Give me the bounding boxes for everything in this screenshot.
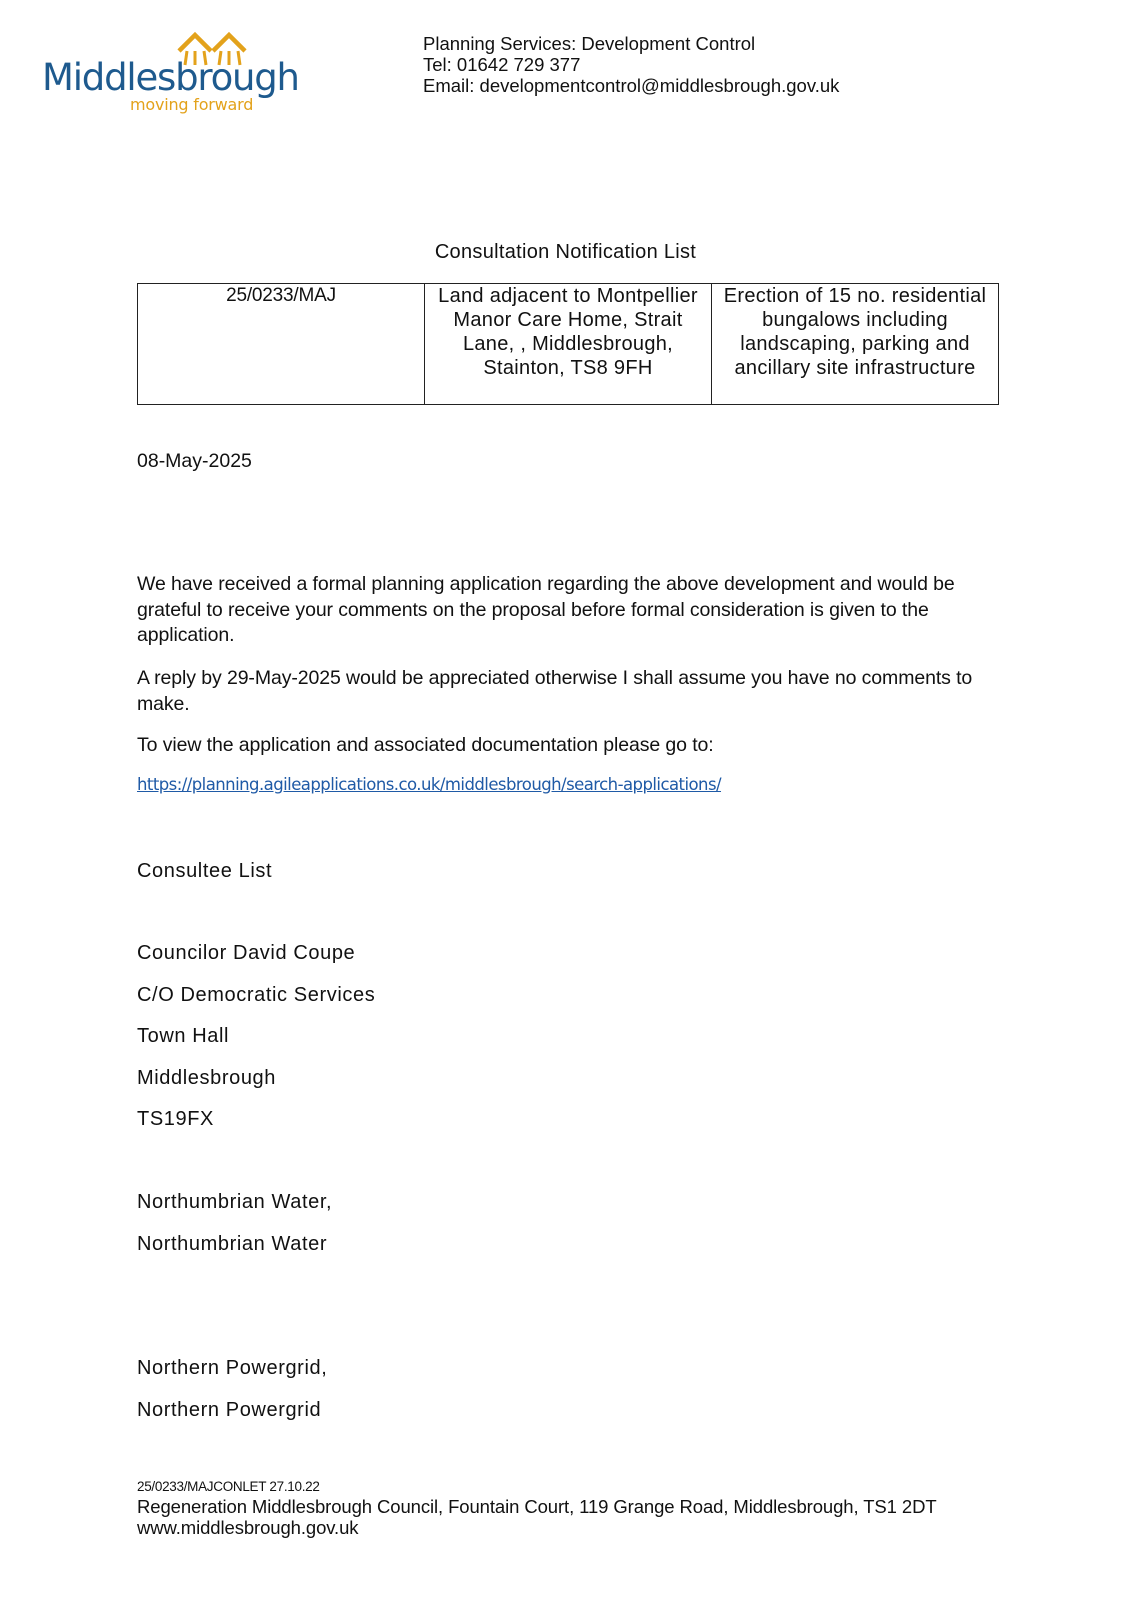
table-row: 25/0233/MAJ Land adjacent to Montpellier…: [138, 284, 999, 405]
consultee-line: Councilor David Coupe: [137, 941, 375, 983]
site-address: Land adjacent to Montpellier Manor Care …: [425, 284, 712, 405]
consultee-line: Northumbrian Water,: [137, 1190, 332, 1232]
consultee-entry: Councilor David Coupe C/O Democratic Ser…: [137, 941, 375, 1149]
footer-website[interactable]: www.middlesbrough.gov.uk: [137, 1517, 937, 1538]
footer: Regeneration Middlesbrough Council, Foun…: [137, 1496, 937, 1538]
proposal-description: Erection of 15 no. residential bungalows…: [712, 284, 999, 405]
document-title: Consultation Notification List: [0, 241, 1131, 264]
consultee-entry: Northumbrian Water, Northumbrian Water: [137, 1190, 332, 1273]
application-reference: 25/0233/MAJ: [138, 284, 425, 405]
consultee-line: Town Hall: [137, 1024, 375, 1066]
telephone-line: Tel: 01642 729 377: [423, 54, 839, 75]
view-application-paragraph: To view the application and associated d…: [137, 733, 1017, 759]
planning-portal-link[interactable]: https://planning.agileapplications.co.uk…: [137, 775, 721, 794]
consultee-entry: Northern Powergrid, Northern Powergrid: [137, 1356, 327, 1439]
reply-deadline-paragraph: A reply by 29-May-2025 would be apprecia…: [137, 666, 1017, 717]
consultee-line: C/O Democratic Services: [137, 983, 375, 1025]
intro-paragraph: We have received a formal planning appli…: [137, 572, 1017, 649]
council-logo: Middlesbrough moving forward: [40, 28, 300, 118]
consultee-line: Middlesbrough: [137, 1066, 375, 1108]
logo-wordmark: Middlesbrough: [42, 56, 299, 99]
application-table: 25/0233/MAJ Land adjacent to Montpellier…: [137, 283, 999, 405]
contact-block: Planning Services: Development Control T…: [423, 33, 839, 96]
consultee-line: Northern Powergrid,: [137, 1356, 327, 1398]
consultee-line: Northern Powergrid: [137, 1398, 327, 1440]
letter-date: 08-May-2025: [137, 450, 252, 473]
consultee-list-heading: Consultee List: [137, 860, 272, 883]
letter-reference: 25/0233/MAJCONLET 27.10.22: [137, 1479, 320, 1494]
footer-address: Regeneration Middlesbrough Council, Foun…: [137, 1496, 937, 1517]
consultee-line: TS19FX: [137, 1107, 375, 1149]
logo-tagline: moving forward: [130, 95, 253, 114]
consultee-line: Northumbrian Water: [137, 1232, 332, 1274]
email-line[interactable]: Email: developmentcontrol@middlesbrough.…: [423, 75, 839, 96]
department-line: Planning Services: Development Control: [423, 33, 839, 54]
